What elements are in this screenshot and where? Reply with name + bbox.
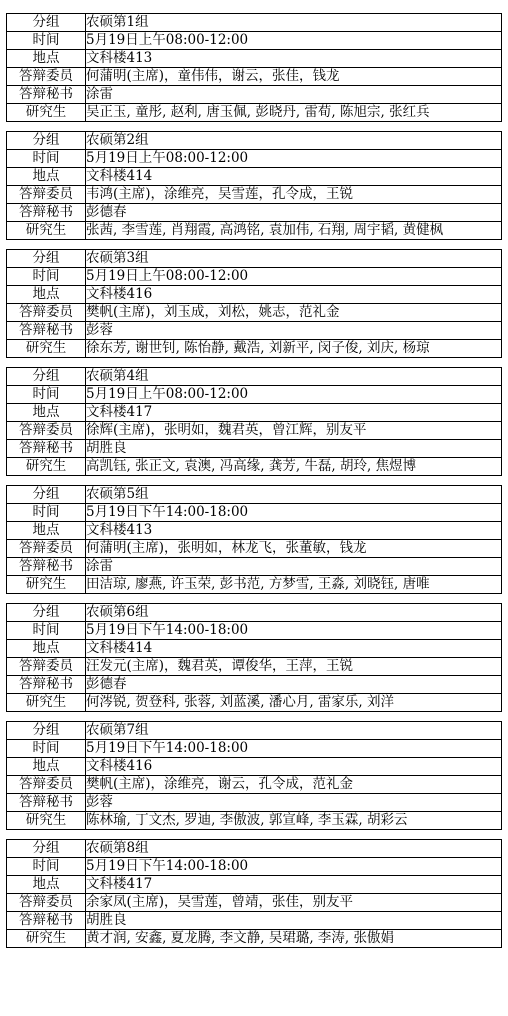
row-label-students: 研究生 <box>7 694 86 712</box>
row-label-committee: 答辩委员 <box>7 422 86 440</box>
time-value: 5月19日上午08:00-12:00 <box>86 150 502 168</box>
row-label-secretary: 答辩秘书 <box>7 558 86 576</box>
row-label-location: 地点 <box>7 404 86 422</box>
row-students: 研究生陈林瑜, 丁文杰, 罗迪, 李傲波, 郭宣峰, 李玉霖, 胡彩云 <box>7 812 502 830</box>
row-location: 地点文科楼416 <box>7 286 502 304</box>
row-secretary: 答辩秘书涂雷 <box>7 86 502 104</box>
row-label-students: 研究生 <box>7 930 86 948</box>
row-label-students: 研究生 <box>7 576 86 594</box>
row-label-secretary: 答辩秘书 <box>7 912 86 930</box>
time-value: 5月19日上午08:00-12:00 <box>86 386 502 404</box>
row-secretary: 答辩秘书彭德春 <box>7 204 502 222</box>
group-name: 农硕第6组 <box>86 604 502 622</box>
defense-schedule-document: 分组农硕第1组 时间5月19日上午08:00-12:00 地点文科楼413 答辩… <box>0 0 508 948</box>
row-label-group: 分组 <box>7 368 86 386</box>
location-value: 文科楼417 <box>86 876 502 894</box>
row-label-location: 地点 <box>7 522 86 540</box>
row-label-time: 时间 <box>7 386 86 404</box>
group-name: 农硕第4组 <box>86 368 502 386</box>
row-label-committee: 答辩委员 <box>7 658 86 676</box>
row-committee: 答辩委员何蒲明(主席)，童伟伟，谢云，张佳，钱龙 <box>7 68 502 86</box>
row-committee: 答辩委员樊帆(主席)，涂维亮，谢云，孔令成，范礼金 <box>7 776 502 794</box>
committee-value: 樊帆(主席)，涂维亮，谢云，孔令成，范礼金 <box>86 776 502 794</box>
row-group: 分组农硕第5组 <box>7 486 502 504</box>
row-group: 分组农硕第4组 <box>7 368 502 386</box>
row-committee: 答辩委员樊帆(主席)，刘玉成，刘松，姚志，范礼金 <box>7 304 502 322</box>
secretary-value: 彭德春 <box>86 204 502 222</box>
row-label-time: 时间 <box>7 150 86 168</box>
row-students: 研究生吴正玉, 童彤, 赵利, 唐玉佩, 彭晓丹, 雷荀, 陈旭宗, 张红兵 <box>7 104 502 122</box>
row-label-time: 时间 <box>7 268 86 286</box>
row-label-time: 时间 <box>7 622 86 640</box>
time-value: 5月19日下午14:00-18:00 <box>86 740 502 758</box>
row-group: 分组农硕第7组 <box>7 722 502 740</box>
defense-group-table-1: 分组农硕第1组 时间5月19日上午08:00-12:00 地点文科楼413 答辩… <box>6 13 502 122</box>
students-value: 徐东芳, 谢世钊, 陈怡静, 戴浩, 刘新平, 闵子俊, 刘庆, 杨琼 <box>86 340 502 358</box>
defense-group-table-7: 分组农硕第7组 时间5月19日下午14:00-18:00 地点文科楼416 答辩… <box>6 721 502 830</box>
row-group: 分组农硕第3组 <box>7 250 502 268</box>
row-secretary: 答辩秘书胡胜良 <box>7 440 502 458</box>
row-label-group: 分组 <box>7 840 86 858</box>
time-value: 5月19日下午14:00-18:00 <box>86 504 502 522</box>
students-value: 黄才润, 安鑫, 夏龙腾, 李文静, 吴珺璐, 李涛, 张傲娟 <box>86 930 502 948</box>
row-committee: 答辩委员余家凤(主席)，吴雪莲，曾靖，张佳，别友平 <box>7 894 502 912</box>
row-label-committee: 答辩委员 <box>7 68 86 86</box>
secretary-value: 胡胜良 <box>86 440 502 458</box>
defense-group-table-3: 分组农硕第3组 时间5月19日上午08:00-12:00 地点文科楼416 答辩… <box>6 249 502 358</box>
row-students: 研究生黄才润, 安鑫, 夏龙腾, 李文静, 吴珺璐, 李涛, 张傲娟 <box>7 930 502 948</box>
row-label-secretary: 答辩秘书 <box>7 794 86 812</box>
row-location: 地点文科楼417 <box>7 876 502 894</box>
defense-group-table-4: 分组农硕第4组 时间5月19日上午08:00-12:00 地点文科楼417 答辩… <box>6 367 502 476</box>
row-time: 时间5月19日上午08:00-12:00 <box>7 386 502 404</box>
row-secretary: 答辩秘书彭德春 <box>7 676 502 694</box>
secretary-value: 涂雷 <box>86 86 502 104</box>
row-location: 地点文科楼416 <box>7 758 502 776</box>
row-label-time: 时间 <box>7 32 86 50</box>
row-label-students: 研究生 <box>7 812 86 830</box>
row-label-time: 时间 <box>7 504 86 522</box>
students-value: 何涔锐, 贺登科, 张蓉, 刘蓝溪, 潘心月, 雷家乐, 刘洋 <box>86 694 502 712</box>
row-time: 时间5月19日下午14:00-18:00 <box>7 858 502 876</box>
row-label-secretary: 答辩秘书 <box>7 322 86 340</box>
row-group: 分组农硕第8组 <box>7 840 502 858</box>
row-label-location: 地点 <box>7 876 86 894</box>
committee-value: 徐辉(主席)，张明如，魏君英，曾江辉，别友平 <box>86 422 502 440</box>
row-label-time: 时间 <box>7 858 86 876</box>
location-value: 文科楼416 <box>86 758 502 776</box>
row-group: 分组农硕第1组 <box>7 14 502 32</box>
row-location: 地点文科楼414 <box>7 640 502 658</box>
committee-value: 汪发元(主席)，魏君英，谭俊华，王萍，王锐 <box>86 658 502 676</box>
location-value: 文科楼414 <box>86 640 502 658</box>
row-label-students: 研究生 <box>7 340 86 358</box>
row-label-group: 分组 <box>7 486 86 504</box>
students-value: 田洁琼, 廖燕, 许玉荣, 彭书范, 方梦雪, 王淼, 刘晓钰, 唐唯 <box>86 576 502 594</box>
group-name: 农硕第1组 <box>86 14 502 32</box>
row-label-secretary: 答辩秘书 <box>7 440 86 458</box>
row-label-location: 地点 <box>7 168 86 186</box>
row-label-secretary: 答辩秘书 <box>7 676 86 694</box>
secretary-value: 彭德春 <box>86 676 502 694</box>
row-label-group: 分组 <box>7 250 86 268</box>
row-location: 地点文科楼413 <box>7 50 502 68</box>
row-label-students: 研究生 <box>7 222 86 240</box>
row-time: 时间5月19日下午14:00-18:00 <box>7 622 502 640</box>
students-value: 张茜, 李雪莲, 肖翔霞, 高鸿铭, 袁加伟, 石翔, 周宇韬, 黄健枫 <box>86 222 502 240</box>
row-location: 地点文科楼414 <box>7 168 502 186</box>
row-committee: 答辩委员韦鸿(主席)，涂维亮，吴雪莲，孔令成，王锐 <box>7 186 502 204</box>
row-committee: 答辩委员何蒲明(主席)，张明如，林龙飞，张董敏，钱龙 <box>7 540 502 558</box>
row-time: 时间5月19日下午14:00-18:00 <box>7 504 502 522</box>
row-time: 时间5月19日上午08:00-12:00 <box>7 32 502 50</box>
row-label-group: 分组 <box>7 14 86 32</box>
location-value: 文科楼416 <box>86 286 502 304</box>
secretary-value: 胡胜良 <box>86 912 502 930</box>
row-location: 地点文科楼413 <box>7 522 502 540</box>
secretary-value: 彭蓉 <box>86 322 502 340</box>
row-label-secretary: 答辩秘书 <box>7 86 86 104</box>
time-value: 5月19日上午08:00-12:00 <box>86 32 502 50</box>
row-label-committee: 答辩委员 <box>7 894 86 912</box>
row-students: 研究生田洁琼, 廖燕, 许玉荣, 彭书范, 方梦雪, 王淼, 刘晓钰, 唐唯 <box>7 576 502 594</box>
row-label-committee: 答辩委员 <box>7 540 86 558</box>
row-label-students: 研究生 <box>7 104 86 122</box>
group-name: 农硕第8组 <box>86 840 502 858</box>
secretary-value: 彭蓉 <box>86 794 502 812</box>
group-name: 农硕第5组 <box>86 486 502 504</box>
students-value: 陈林瑜, 丁文杰, 罗迪, 李傲波, 郭宣峰, 李玉霖, 胡彩云 <box>86 812 502 830</box>
row-secretary: 答辩秘书涂雷 <box>7 558 502 576</box>
row-secretary: 答辩秘书彭蓉 <box>7 322 502 340</box>
row-label-group: 分组 <box>7 722 86 740</box>
committee-value: 樊帆(主席)，刘玉成，刘松，姚志，范礼金 <box>86 304 502 322</box>
row-time: 时间5月19日上午08:00-12:00 <box>7 268 502 286</box>
row-label-location: 地点 <box>7 758 86 776</box>
row-committee: 答辩委员汪发元(主席)，魏君英，谭俊华，王萍，王锐 <box>7 658 502 676</box>
row-label-committee: 答辩委员 <box>7 776 86 794</box>
defense-group-table-8: 分组农硕第8组 时间5月19日下午14:00-18:00 地点文科楼417 答辩… <box>6 839 502 948</box>
row-label-group: 分组 <box>7 604 86 622</box>
row-students: 研究生徐东芳, 谢世钊, 陈怡静, 戴浩, 刘新平, 闵子俊, 刘庆, 杨琼 <box>7 340 502 358</box>
row-location: 地点文科楼417 <box>7 404 502 422</box>
students-value: 吴正玉, 童彤, 赵利, 唐玉佩, 彭晓丹, 雷荀, 陈旭宗, 张红兵 <box>86 104 502 122</box>
row-label-location: 地点 <box>7 286 86 304</box>
row-committee: 答辩委员徐辉(主席)，张明如，魏君英，曾江辉，别友平 <box>7 422 502 440</box>
committee-value: 韦鸿(主席)，涂维亮，吴雪莲，孔令成，王锐 <box>86 186 502 204</box>
row-time: 时间5月19日上午08:00-12:00 <box>7 150 502 168</box>
defense-group-table-6: 分组农硕第6组 时间5月19日下午14:00-18:00 地点文科楼414 答辩… <box>6 603 502 712</box>
location-value: 文科楼414 <box>86 168 502 186</box>
row-label-committee: 答辩委员 <box>7 304 86 322</box>
location-value: 文科楼413 <box>86 522 502 540</box>
committee-value: 何蒲明(主席)，张明如，林龙飞，张董敏，钱龙 <box>86 540 502 558</box>
row-label-location: 地点 <box>7 640 86 658</box>
location-value: 文科楼413 <box>86 50 502 68</box>
row-group: 分组农硕第6组 <box>7 604 502 622</box>
row-secretary: 答辩秘书胡胜良 <box>7 912 502 930</box>
students-value: 高凯钰, 张正文, 袁澳, 冯高缘, 龚芳, 牛磊, 胡玲, 焦煜博 <box>86 458 502 476</box>
row-group: 分组农硕第2组 <box>7 132 502 150</box>
row-students: 研究生高凯钰, 张正文, 袁澳, 冯高缘, 龚芳, 牛磊, 胡玲, 焦煜博 <box>7 458 502 476</box>
group-name: 农硕第3组 <box>86 250 502 268</box>
defense-group-table-2: 分组农硕第2组 时间5月19日上午08:00-12:00 地点文科楼414 答辩… <box>6 131 502 240</box>
row-label-location: 地点 <box>7 50 86 68</box>
row-label-time: 时间 <box>7 740 86 758</box>
row-label-students: 研究生 <box>7 458 86 476</box>
row-time: 时间5月19日下午14:00-18:00 <box>7 740 502 758</box>
time-value: 5月19日下午14:00-18:00 <box>86 858 502 876</box>
row-secretary: 答辩秘书彭蓉 <box>7 794 502 812</box>
row-label-group: 分组 <box>7 132 86 150</box>
group-name: 农硕第7组 <box>86 722 502 740</box>
time-value: 5月19日上午08:00-12:00 <box>86 268 502 286</box>
time-value: 5月19日下午14:00-18:00 <box>86 622 502 640</box>
row-students: 研究生何涔锐, 贺登科, 张蓉, 刘蓝溪, 潘心月, 雷家乐, 刘洋 <box>7 694 502 712</box>
row-label-secretary: 答辩秘书 <box>7 204 86 222</box>
committee-value: 何蒲明(主席)，童伟伟，谢云，张佳，钱龙 <box>86 68 502 86</box>
row-students: 研究生张茜, 李雪莲, 肖翔霞, 高鸿铭, 袁加伟, 石翔, 周宇韬, 黄健枫 <box>7 222 502 240</box>
group-name: 农硕第2组 <box>86 132 502 150</box>
location-value: 文科楼417 <box>86 404 502 422</box>
secretary-value: 涂雷 <box>86 558 502 576</box>
row-label-committee: 答辩委员 <box>7 186 86 204</box>
defense-group-table-5: 分组农硕第5组 时间5月19日下午14:00-18:00 地点文科楼413 答辩… <box>6 485 502 594</box>
committee-value: 余家凤(主席)，吴雪莲，曾靖，张佳，别友平 <box>86 894 502 912</box>
